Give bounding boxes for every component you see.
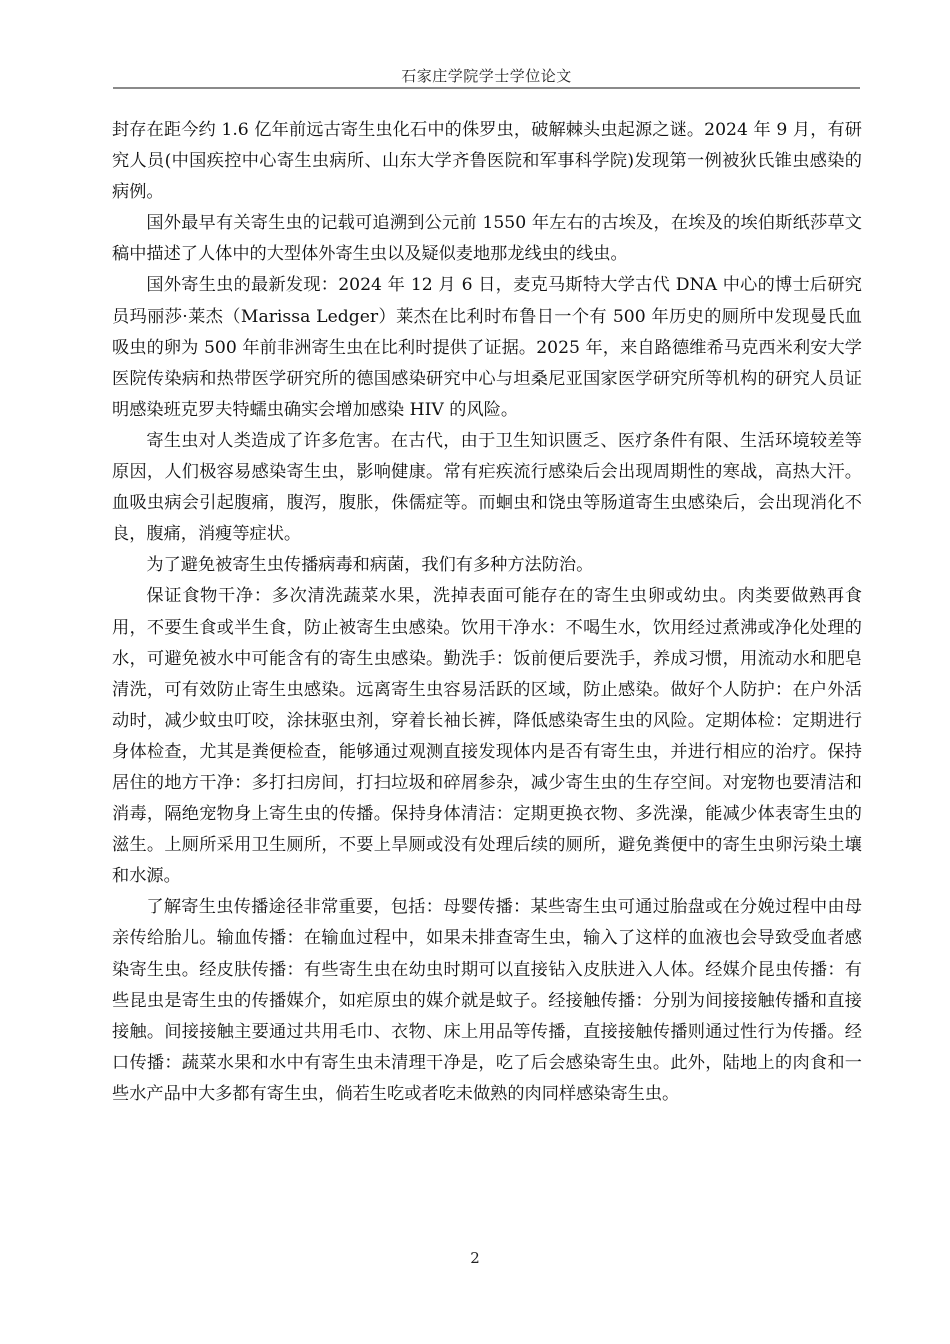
paragraph-6: 保证食物干净：多次清洗蔬菜水果，洗掉表面可能存在的寄生虫卵或幼虫。肉类要做熟再食… [112,581,862,892]
page-number: 2 [0,1248,950,1268]
page-header: 石家庄学院学士学位论文 [113,66,860,86]
paragraph-2: 国外最早有关寄生虫的记载可追溯到公元前 1550 年左右的古埃及，在埃及的埃伯斯… [112,208,862,270]
header-rule [113,87,860,89]
paragraph-7: 了解寄生虫传播途径非常重要，包括：母婴传播：某些寄生虫可通过胎盘或在分娩过程中由… [112,892,862,1110]
body-text: 封存在距今约 1.6 亿年前远古寄生虫化石中的侏罗虫，破解棘头虫起源之谜。202… [112,115,862,1110]
paragraph-4: 寄生虫对人类造成了许多危害。在古代，由于卫生知识匮乏、医疗条件有限、生活环境较差… [112,426,862,550]
paragraph-5: 为了避免被寄生虫传播病毒和病菌，我们有多种方法防治。 [112,550,862,581]
paragraph-1: 封存在距今约 1.6 亿年前远古寄生虫化石中的侏罗虫，破解棘头虫起源之谜。202… [112,115,862,208]
paragraph-3: 国外寄生虫的最新发现：2024 年 12 月 6 日，麦克马斯特大学古代 DNA… [112,270,862,425]
